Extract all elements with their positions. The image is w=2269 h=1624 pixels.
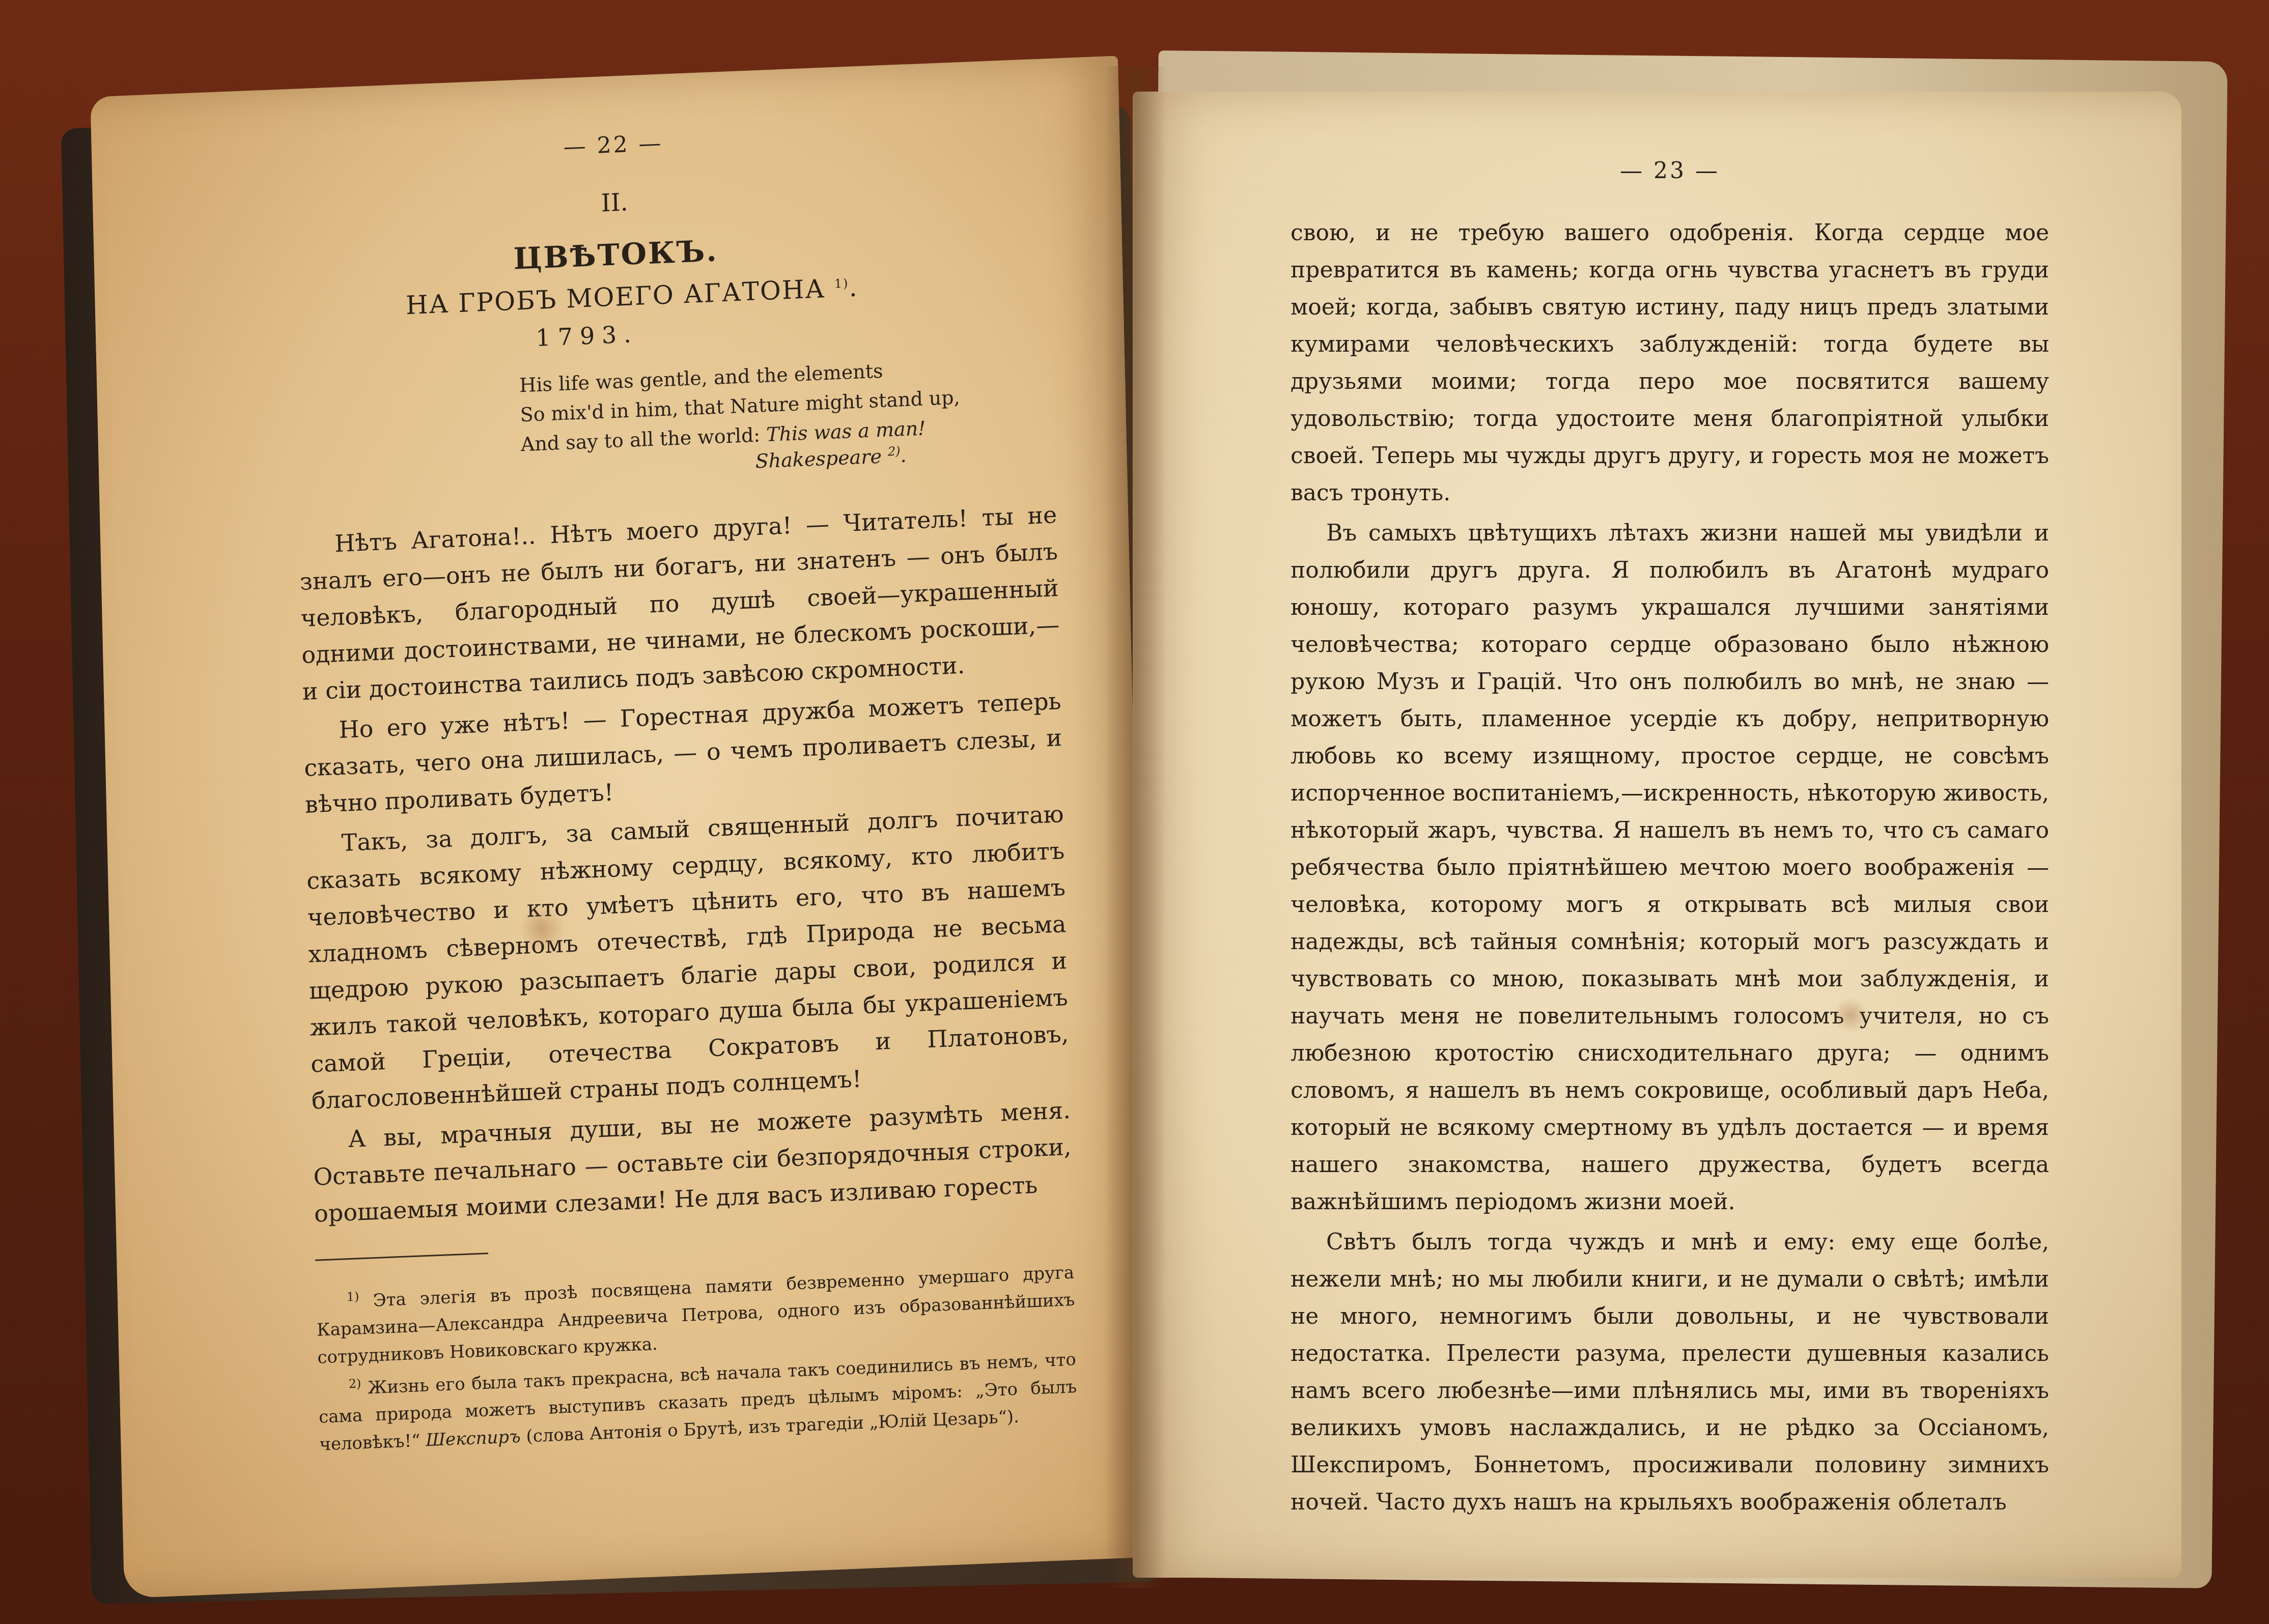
subtitle-text: НА ГРОБЪ МОЕГО АГАТОНА bbox=[405, 274, 825, 320]
footnote-divider bbox=[315, 1252, 488, 1261]
attribution-period: . bbox=[900, 444, 907, 467]
paragraph: Нѣтъ Агатона!.. Нѣтъ моего друга! — Чита… bbox=[299, 496, 1061, 710]
paragraph: Свѣтъ былъ тогда чуждъ и мнѣ и ему: ему … bbox=[1291, 1223, 2049, 1521]
page-number-right: — 23 — bbox=[1291, 158, 2049, 184]
footnote-ref-1[interactable]: 1) bbox=[834, 276, 849, 291]
left-page: — 22 — II. ЦВѢТОКЪ. НА ГРОБЪ МОЕГО АГАТО… bbox=[90, 56, 1152, 1599]
footnote-ref-2[interactable]: 2) bbox=[887, 444, 900, 459]
left-body-text: Нѣтъ Агатона!.. Нѣтъ моего друга! — Чита… bbox=[299, 496, 1073, 1232]
book-gutter bbox=[1105, 66, 1166, 1588]
footnote-italic: Шекспиръ bbox=[426, 1427, 521, 1450]
right-body-text: свою, и не требую вашего одобренія. Когд… bbox=[1291, 214, 2049, 1521]
footnote-marker: 2) bbox=[348, 1376, 361, 1391]
subtitle-period: . bbox=[849, 272, 858, 302]
paper-stain bbox=[519, 906, 565, 952]
right-page: — 23 — свою, и не требую вашего одобрені… bbox=[1133, 92, 2181, 1578]
paragraph: Такъ, за долгъ, за самый священный долгъ… bbox=[305, 795, 1070, 1119]
epigraph-line-text: And say to all the world: bbox=[520, 423, 766, 455]
paragraph: Въ самыхъ цвѣтущихъ лѣтахъ жизни нашей м… bbox=[1291, 515, 2049, 1220]
footnotes: 1) Эта элегія въ прозѣ посвящена памяти … bbox=[316, 1254, 1078, 1459]
paper-stain bbox=[1833, 998, 1868, 1033]
epigraph-italic: This was a man! bbox=[766, 417, 926, 446]
page-number-left: — 22 — bbox=[178, 115, 1049, 176]
paragraph: свою, и не требую вашего одобренія. Когд… bbox=[1291, 214, 2049, 511]
footnote-marker: 1) bbox=[347, 1289, 359, 1304]
attribution-author: Shakespeare bbox=[755, 445, 882, 473]
